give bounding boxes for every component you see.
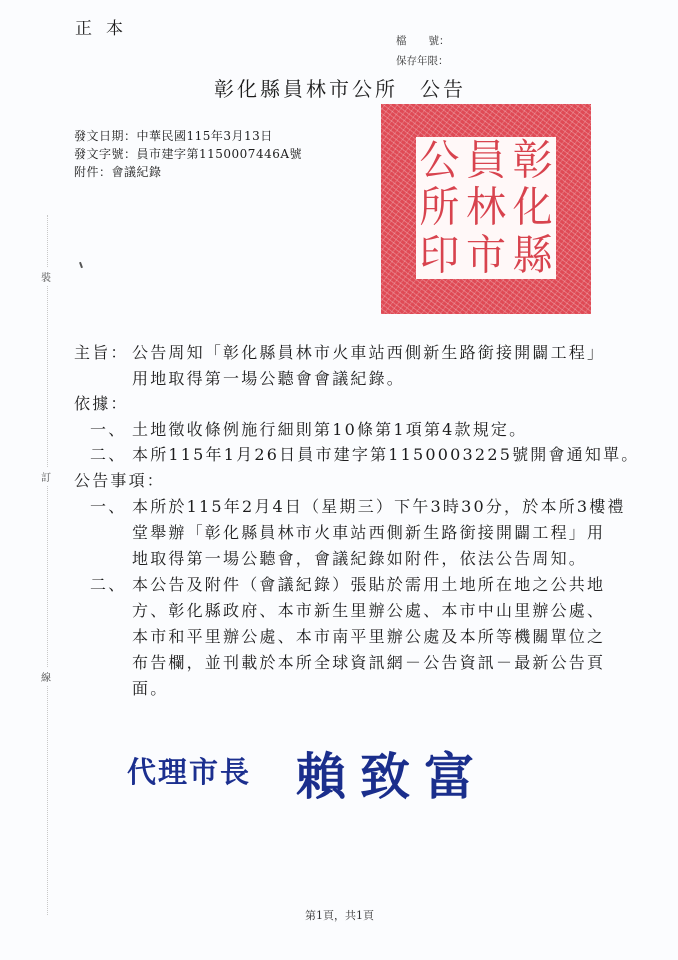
page-indicator: 第1頁，共1頁 bbox=[305, 907, 374, 923]
seal-inner-field: 彰 化 縣 員 林 市 公 所 印 bbox=[416, 137, 556, 279]
announcement-item-line: 本所於115年2月4日（星期三）下午3時30分，於本所3樓禮 bbox=[132, 494, 626, 517]
title-organization: 彰化縣員林市公所 bbox=[214, 77, 398, 101]
basis-label: 依據： bbox=[74, 391, 129, 414]
announcement-items-label: 公告事項： bbox=[74, 468, 165, 491]
announcement-item-line: 布告欄，並刊載於本所全球資訊網－公告資訊－最新公告頁 bbox=[132, 650, 605, 673]
subject-text-line: 用地取得第一場公聽會會議紀錄。 bbox=[132, 366, 405, 389]
basis-item-text: 土地徵收條例施行細則第10條第1項第4款規定。 bbox=[132, 417, 527, 440]
binding-mark-ding: 訂 bbox=[41, 468, 51, 485]
attachment-line: 附件：會議紀錄 bbox=[74, 163, 162, 180]
announcement-item-line: 本市和平里辦公處、本市南平里辦公處及本所等機關單位之 bbox=[132, 624, 605, 647]
seal-char: 化 bbox=[509, 183, 556, 233]
binding-mark-xian: 線 bbox=[41, 668, 51, 685]
basis-item-number: 一、 bbox=[90, 417, 126, 440]
signature-name: 賴致富 bbox=[296, 737, 488, 809]
copy-type-label: 正本 bbox=[75, 14, 137, 39]
announcement-item-number: 一、 bbox=[90, 494, 126, 517]
seal-char: 縣 bbox=[509, 230, 556, 280]
file-number-label-part1: 檔 bbox=[396, 35, 407, 47]
issue-number: 發文字號：員市建字第1150007446A號 bbox=[74, 145, 302, 162]
announcement-item-line: 面。 bbox=[132, 676, 168, 699]
subject-label: 主旨： bbox=[74, 340, 129, 363]
announcement-item-line: 方、彰化縣政府、本市新生里辦公處、本市中山里辦公處、 bbox=[132, 598, 605, 621]
seal-char: 印 bbox=[416, 230, 463, 280]
seal-char: 公 bbox=[416, 136, 463, 186]
title-document-type: 公告 bbox=[420, 77, 466, 101]
file-number-label-part2: 號： bbox=[429, 35, 450, 47]
seal-char: 所 bbox=[416, 183, 463, 233]
scan-speck bbox=[79, 262, 83, 268]
binding-mark-zhuang: 裝 bbox=[41, 268, 51, 285]
announcement-item-number: 二、 bbox=[90, 572, 126, 595]
binding-line bbox=[47, 215, 48, 915]
announcement-item-line: 堂舉辦「彰化縣員林市火車站西側新生路銜接開闢工程」用 bbox=[132, 520, 605, 543]
basis-item-number: 二、 bbox=[90, 442, 126, 465]
issue-date: 發文日期：中華民國115年3月13日 bbox=[74, 127, 273, 144]
official-seal: 彰 化 縣 員 林 市 公 所 印 bbox=[381, 104, 591, 314]
seal-char: 員 bbox=[463, 136, 510, 186]
retention-period-label: 保存年限： bbox=[396, 53, 449, 68]
seal-char: 林 bbox=[463, 183, 510, 233]
document-title: 彰化縣員林市公所公告 bbox=[214, 73, 466, 102]
file-number-label: 檔號： bbox=[396, 33, 450, 48]
signature-title: 代理市長 bbox=[127, 750, 251, 791]
basis-item-text: 本所115年1月26日員市建字第1150003225號開會通知單。 bbox=[132, 442, 639, 465]
subject-text-line: 公告周知「彰化縣員林市火車站西側新生路銜接開闢工程」 bbox=[132, 340, 605, 363]
seal-char: 市 bbox=[463, 230, 510, 280]
announcement-item-line: 本公告及附件（會議紀錄）張貼於需用土地所在地之公共地 bbox=[132, 572, 605, 595]
announcement-item-line: 地取得第一場公聽會，會議紀錄如附件，依法公告周知。 bbox=[132, 546, 587, 569]
seal-char: 彰 bbox=[509, 136, 556, 186]
